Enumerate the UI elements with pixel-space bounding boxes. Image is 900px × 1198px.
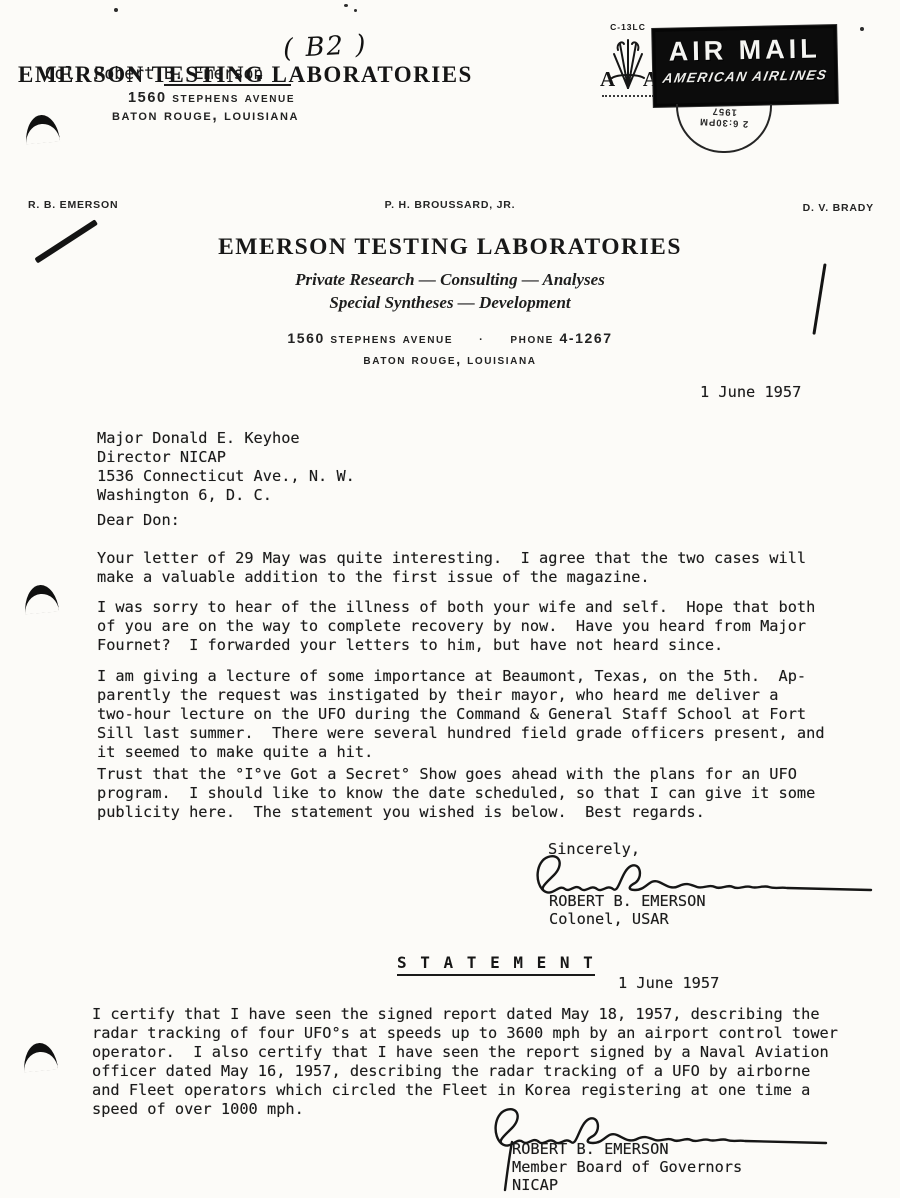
partner-name-center: P. H. BROUSSARD, JR. [385,199,516,211]
paragraph-1: Your letter of 29 May was quite interest… [97,549,887,587]
partner-name-right: D. V. BRADY [803,202,874,214]
letterhead-city: Baton Rouge, Louisiana [363,351,536,367]
letterhead-address-row: 1560 Stephens Avenue · Phone 4-1267 [287,330,612,346]
airline-logo-block: C-13LC A A [596,22,660,99]
letterhead-street: 1560 Stephens Avenue [287,330,453,346]
statement-signer-title: Member Board of Governors [512,1158,742,1177]
pen-mark-slash [34,219,98,263]
statement-signer-name: ROBERT B. EMERSON [512,1140,669,1159]
handwritten-page-mark: ( B2 ) [282,30,368,64]
scanned-letter-page: Col. Robert B. Emerson ( B2 ) EMERSON TE… [0,0,900,1198]
scan-speck [114,8,118,12]
logo-small-text [602,95,654,99]
letterhead-tagline-1: Private Research — Consulting — Analyses [295,270,605,290]
letter-date: 1 June 1957 [700,383,801,402]
stamp-code: C-13LC [596,22,660,32]
letterhead-phone: Phone 4-1267 [510,330,612,346]
statement-signer-org: NICAP [512,1176,558,1195]
scan-speck [354,9,357,12]
paragraph-3: I am giving a lecture of some importance… [97,667,887,762]
envelope-address: 1560 Stephens Avenue [128,90,295,106]
letterhead-tagline-2: Special Syntheses — Development [329,293,570,313]
pen-mark-crescent [23,584,59,615]
statement-heading: S T A T E M E N T [397,953,595,976]
aa-eagle-logo: A A [596,32,660,94]
statement-date: 1 June 1957 [618,974,719,993]
letterhead-company-name: EMERSON TESTING LABORATORIES [218,234,682,261]
envelope-company-name: EMERSON TESTING LABORATORIES [18,62,473,88]
pen-mark-crescent [24,114,60,145]
paragraph-2: I was sorry to hear of the illness of bo… [97,598,887,655]
airmail-stamp: AIR MAIL AMERICAN AIRLINES [652,25,838,107]
scan-speck [860,27,864,31]
salutation: Dear Don: [97,511,180,530]
address-separator-dot: · [479,334,484,346]
scan-speck [344,4,348,7]
airmail-stamp-text: AIR MAIL [655,33,834,68]
paragraph-4: Trust that the °I°ve Got a Secret° Show … [97,765,887,822]
signer-name: ROBERT B. EMERSON [549,892,706,911]
pen-mark-slash [812,263,826,335]
recipient-address-block: Major Donald E. Keyhoe Director NICAP 15… [97,429,355,505]
envelope-city: Baton Rouge, Louisiana [112,107,299,125]
pen-mark-crescent [22,1042,58,1073]
partner-name-left: R. B. EMERSON [28,199,118,211]
signer-title: Colonel, USAR [549,910,669,929]
postmark: 2 6:30PM 1957 [676,104,772,153]
airline-stamp-text: AMERICAN AIRLINES [655,67,836,86]
